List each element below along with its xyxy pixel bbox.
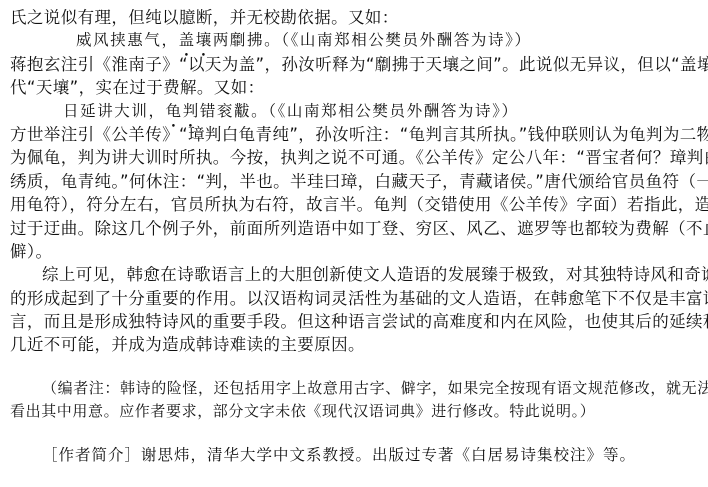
author-bio-label: ［作者简介］ [42,446,141,464]
body-line: 综上可见，韩愈在诗歌语言上的大胆创新使文人造语的发展臻于极致，对其独特诗风和奇诡… [10,263,704,286]
body-line: 几近不可能，并成为造成韩诗难读的主要原因。 [10,333,704,356]
quote-text: 日延讲大训， [63,102,166,120]
quote-text: 两劘拂。（《山南郑相公樊员外酬答为诗》） [213,31,532,49]
spacer [10,424,704,444]
emphasis-char: 龟 [166,102,183,120]
body-line: 的形成起到了十分重要的作用。以汉语构词灵活性为基础的文人造语，在韩愈笔下不仅是丰… [10,287,704,310]
body-line: 绣质，龟青纯。”何休注：“判，半也。半珪曰璋，白藏天子，青藏诸侯。”唐代颁给官员… [10,170,704,193]
body-line: 为佩龟，判为讲大训时所执。今按，执判之说不可通。《公羊传》定公八年：“晋宝者何？… [10,146,704,169]
emphasis-char: 盖 [179,31,196,49]
body-line: 言，而且是形成独特诗风的重要手段。但这种语言尝试的高难度和内在风险，也使其后的延… [10,310,704,333]
editor-note-line: （编者注：韩诗的险怪，还包括用字上故意用古字、僻字，如果完全按现有语文规范修改，… [10,377,704,400]
document-page: 氏之说似有理，但纯以臆断，并无校勘依据。又如： 威风挟惠气，盖壤两劘拂。（《山南… [10,6,704,467]
emphasis-char: 判 [183,102,200,120]
author-bio: ［作者简介］谢思炜，清华大学中文系教授。出版过专著《白居易诗集校注》等。 [10,444,704,467]
body-line: 代“天壤”，实在过于费解。又如： [10,76,704,99]
author-bio-text: 谢思炜，清华大学中文系教授。出版过专著《白居易诗集校注》等。 [141,446,636,464]
body-line: 氏之说似有理，但纯以臆断，并无校勘依据。又如： [10,6,704,29]
quote-text: 错衮黻。（《山南郑相公樊员外酬答为诗》） [200,102,519,120]
editor-note-line: 看出其中用意。应作者要求，部分文字未依《现代汉语词典》进行修改。特此说明。） [10,400,704,423]
body-line: 僻）。 [10,240,704,263]
body-line: 方世举注引《公羊传》“璋判白龟青纯”，孙汝听注：“龟判言其所执。”钱仲联则认为龟… [10,123,704,146]
body-line: 过于迂曲。除这几个例子外，前面所列造语中如丁登、穷区、风乙、遮罗等也都较为费解（… [10,217,704,240]
poem-quote: 日延讲大训，龟判错衮黻。（《山南郑相公樊员外酬答为诗》） [10,100,704,123]
emphasis-char: 壤 [196,31,213,49]
poem-quote: 威风挟惠气，盖壤两劘拂。（《山南郑相公樊员外酬答为诗》） [10,29,704,52]
spacer [10,357,704,377]
body-line: 用龟符），符分左右，官员所执为右符，故言半。龟判（交错使用《公羊传》字面）若指此… [10,193,704,216]
quote-text: 威风挟惠气， [76,31,179,49]
body-line: 蒋抱玄注引《淮南子》“以天为盖”，孙汝听释为“劘拂于天壤之间”。此说似无异议，但… [10,53,704,76]
